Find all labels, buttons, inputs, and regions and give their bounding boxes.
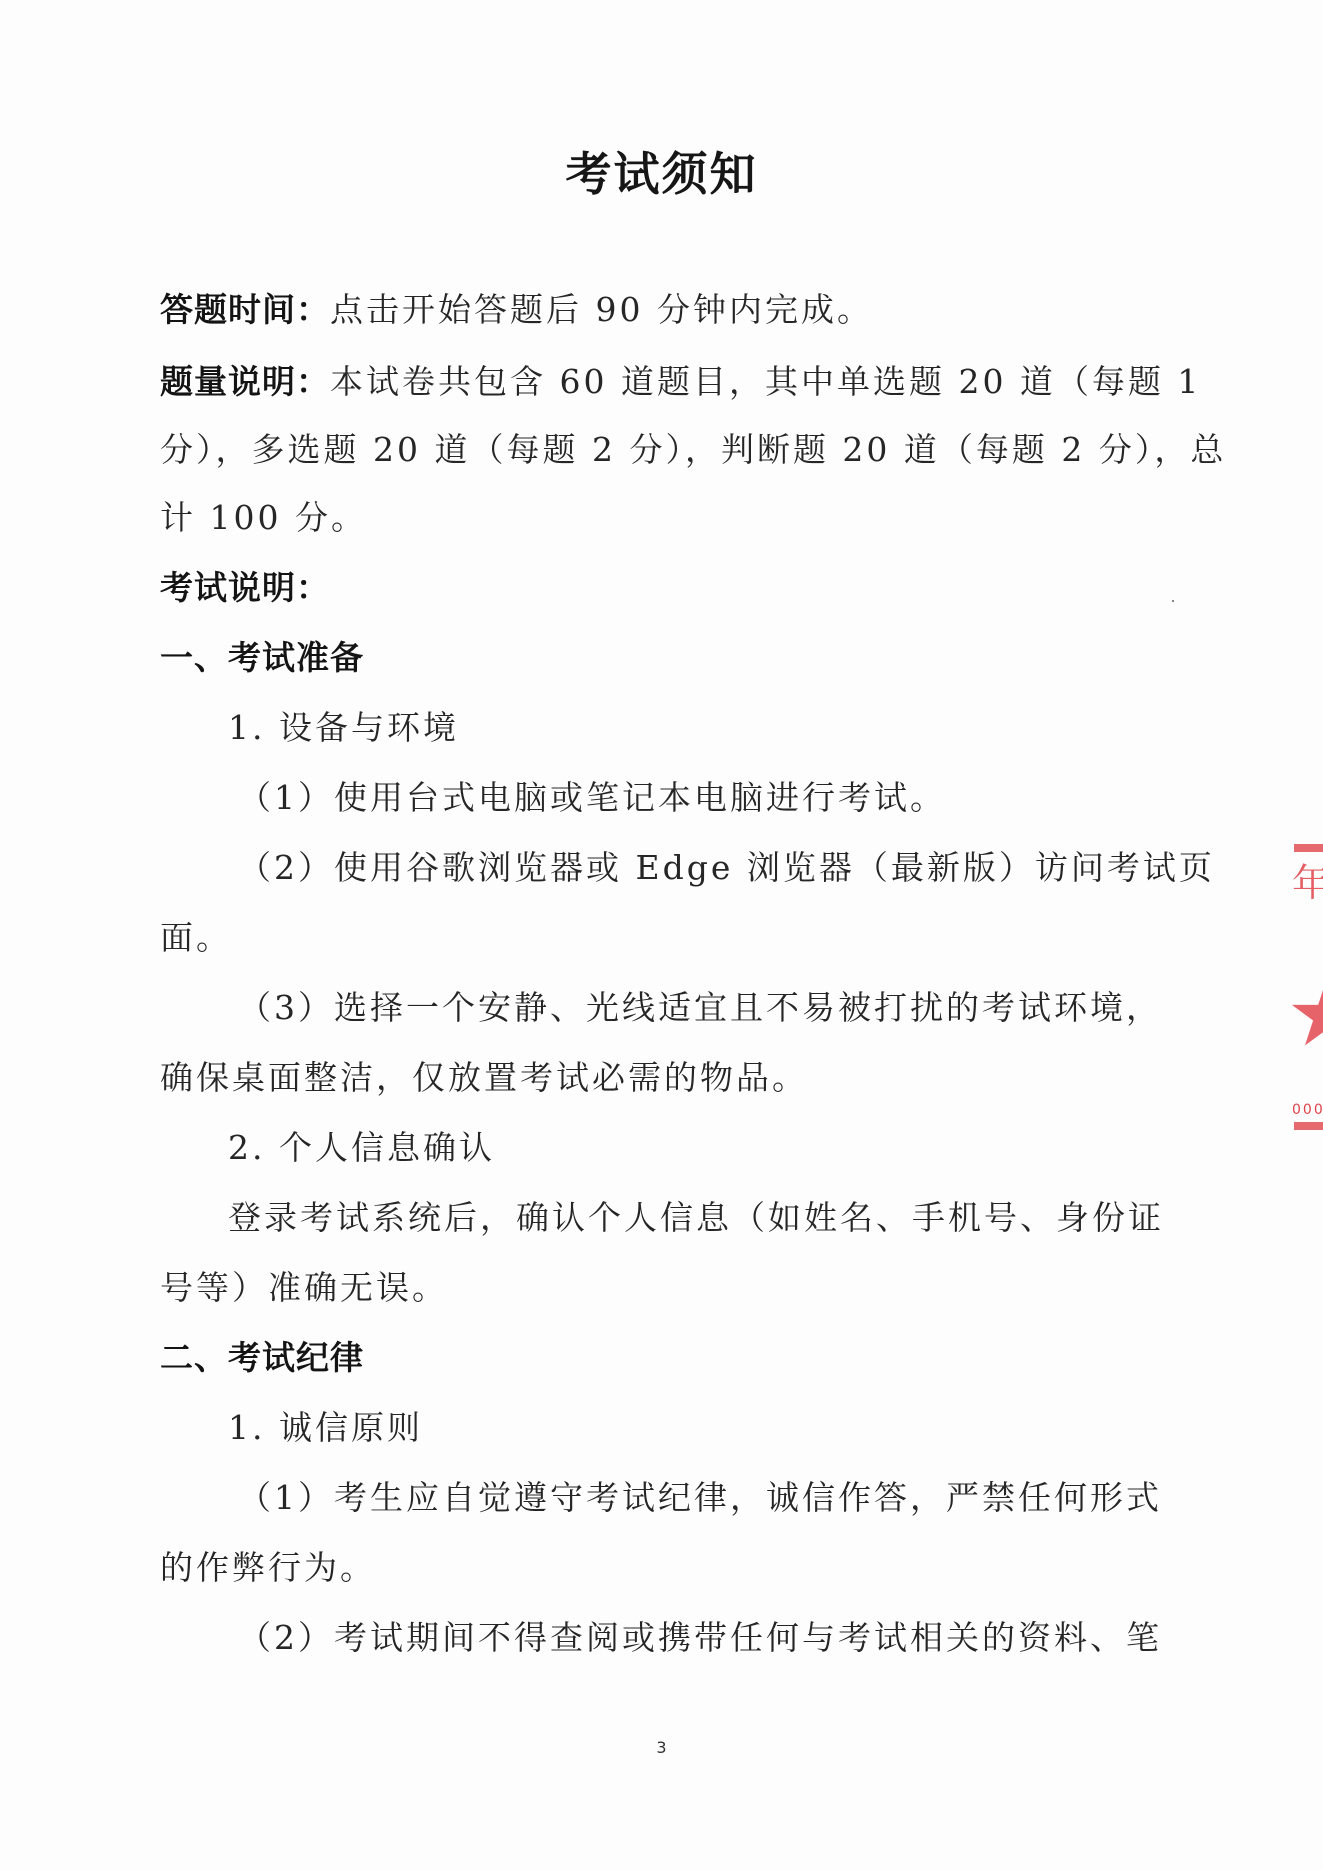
seal-character: 年 xyxy=(1292,852,1323,907)
question-count-text-1: 本试卷共包含 60 道题目，其中单选题 20 道（每题 1 xyxy=(330,362,1201,401)
item-integrity-1-line-2: 的作弊行为。 xyxy=(160,1548,1160,1588)
section-heading-discipline: 二、考试纪律 xyxy=(160,1338,1160,1378)
question-count-line-3: 计 100 分。 xyxy=(160,498,1160,538)
document-page: 考试须知 答题时间：点击开始答题后 90 分钟内完成。 题量说明：本试卷共包含 … xyxy=(0,0,1323,1870)
exam-time-label: 答题时间： xyxy=(160,290,330,329)
subsection-heading-device: 1. 设备与环境 xyxy=(228,708,1228,748)
exam-time-line: 答题时间：点击开始答题后 90 分钟内完成。 xyxy=(160,290,1160,330)
page-number: 3 xyxy=(0,1738,1323,1757)
seal-dots: 000 xyxy=(1292,1102,1323,1118)
page-title: 考试须知 xyxy=(0,138,1323,204)
item-device-3-line-1: （3）选择一个安静、光线适宜且不易被打扰的考试环境， xyxy=(238,988,1158,1028)
scan-speck xyxy=(1172,600,1174,602)
item-device-3-line-2: 确保桌面整洁，仅放置考试必需的物品。 xyxy=(160,1058,1160,1098)
question-count-label: 题量说明： xyxy=(160,362,330,401)
item-device-2-line-2: 面。 xyxy=(160,918,1160,958)
exam-time-text: 点击开始答题后 90 分钟内完成。 xyxy=(330,290,873,329)
item-device-2-line-1: （2）使用谷歌浏览器或 Edge 浏览器（最新版）访问考试页 xyxy=(238,848,1158,888)
star-icon: ★ xyxy=(1286,970,1323,1060)
item-integrity-2-line-1: （2）考试期间不得查阅或携带任何与考试相关的资料、笔 xyxy=(238,1618,1158,1658)
instructions-label: 考试说明： xyxy=(160,568,1160,608)
item-personal-info-line-1: 登录考试系统后，确认个人信息（如姓名、手机号、身份证 xyxy=(228,1198,1158,1238)
item-personal-info-line-2: 号等）准确无误。 xyxy=(160,1268,1160,1308)
question-count-line-2: 分），多选题 20 道（每题 2 分），判断题 20 道（每题 2 分），总 xyxy=(160,430,1158,470)
seal-top-bar xyxy=(1294,844,1323,852)
subsection-heading-personal-info: 2. 个人信息确认 xyxy=(228,1128,1228,1168)
item-integrity-1-line-1: （1）考生应自觉遵守考试纪律，诚信作答，严禁任何形式 xyxy=(238,1478,1158,1518)
red-seal-stamp: 年 ★ 000 xyxy=(1288,840,1323,1140)
subsection-heading-integrity: 1. 诚信原则 xyxy=(228,1408,1228,1448)
seal-bottom-bar xyxy=(1294,1122,1323,1130)
item-device-1: （1）使用台式电脑或笔记本电脑进行考试。 xyxy=(238,778,1238,818)
question-count-line-1: 题量说明：本试卷共包含 60 道题目，其中单选题 20 道（每题 1 xyxy=(160,362,1158,402)
section-heading-preparation: 一、考试准备 xyxy=(160,638,1160,678)
